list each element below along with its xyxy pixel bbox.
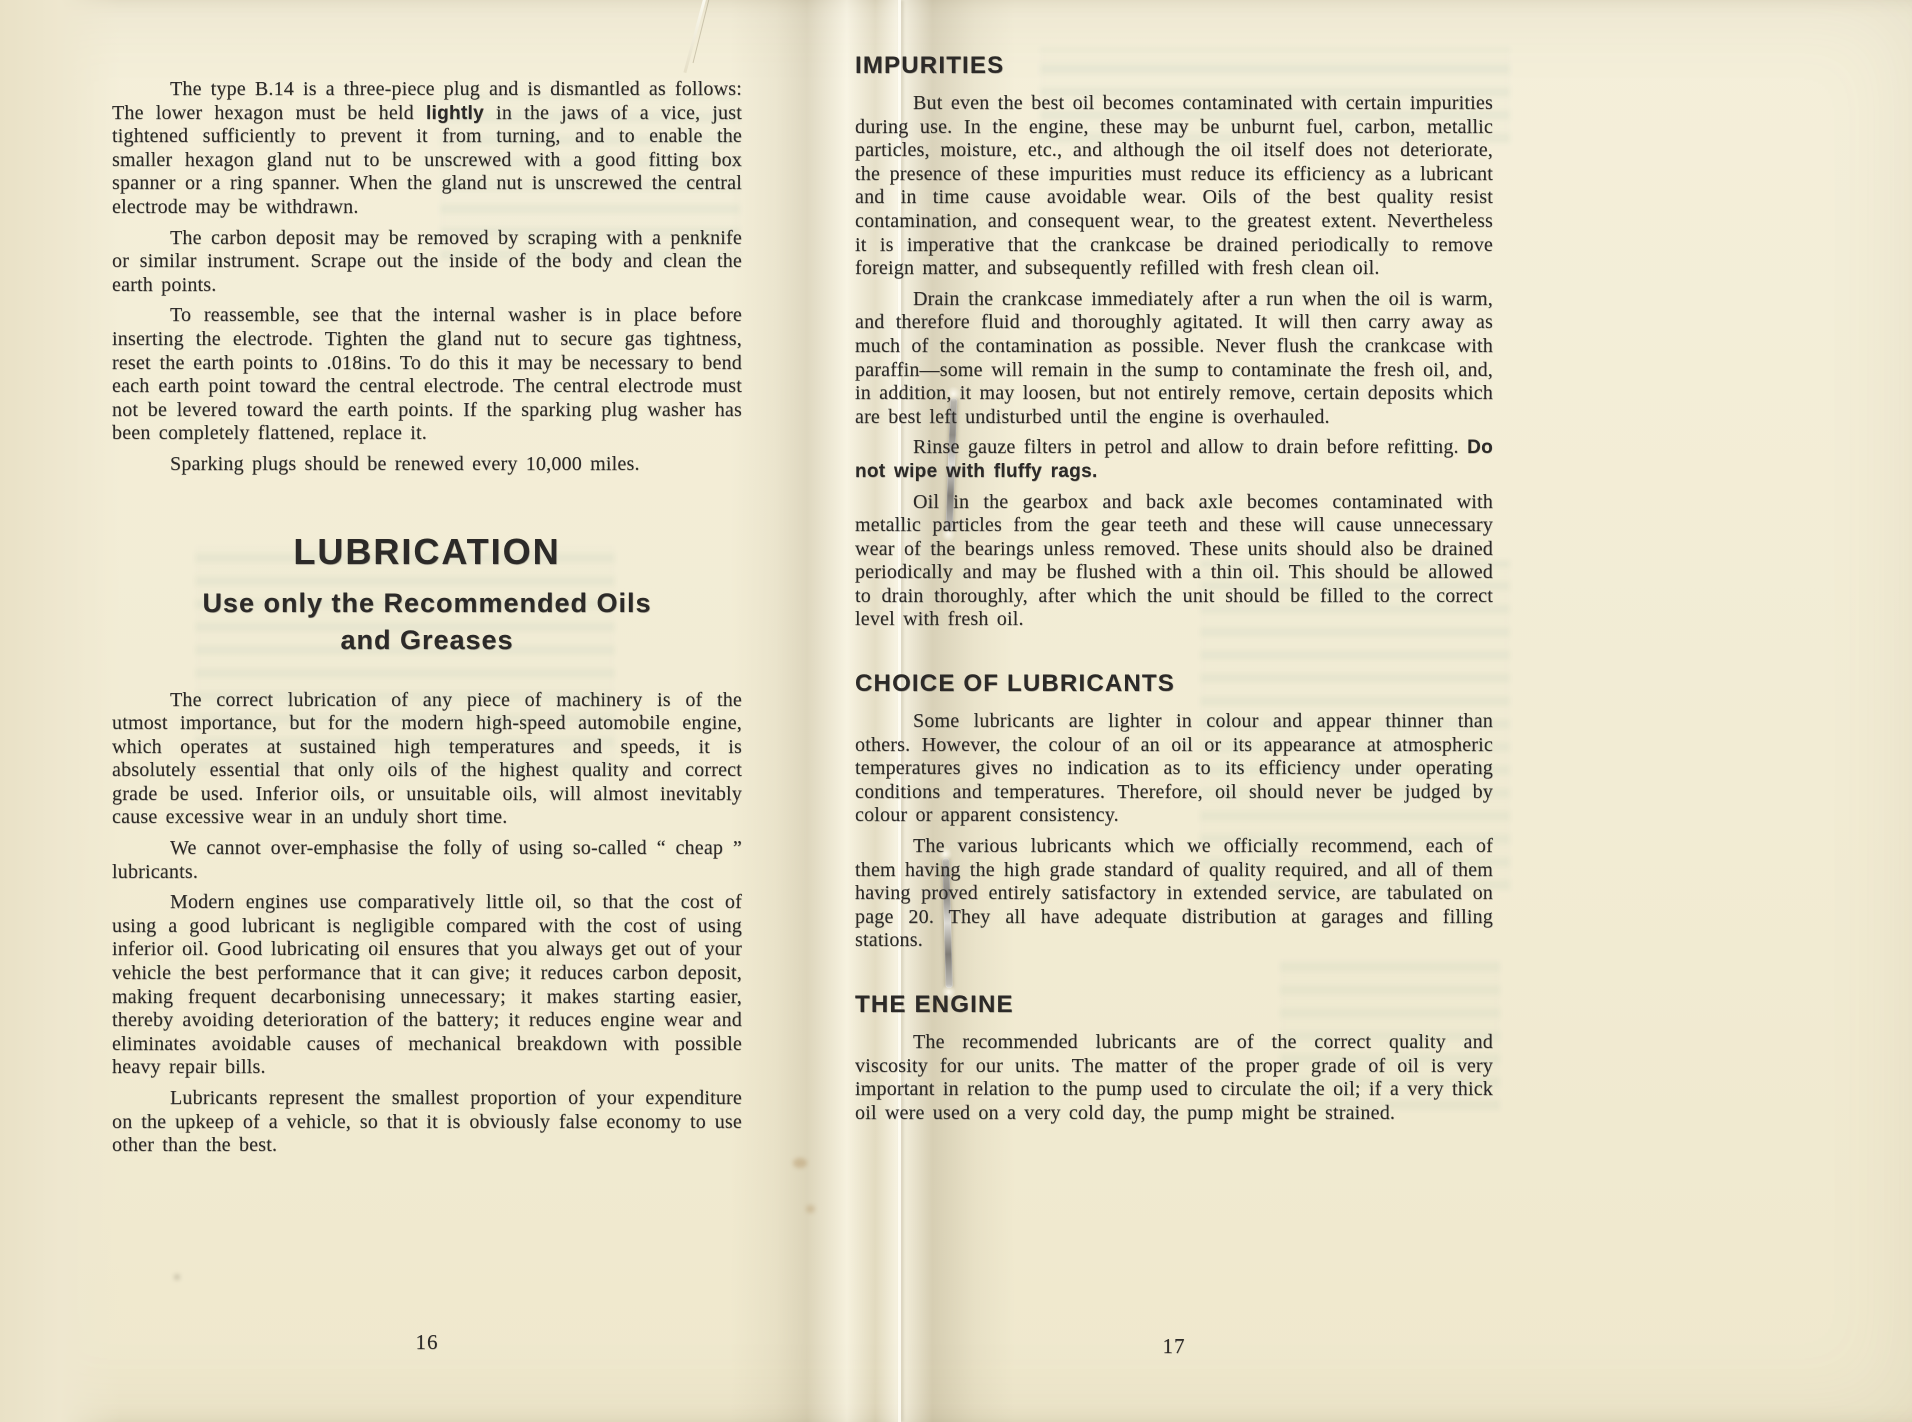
paper-crease-mark [693, 0, 711, 63]
the-engine-section: THE ENGINE The recommended lubricants ar… [855, 991, 1493, 1125]
book-spread-scan: The type B.14 is a three-piece plug and … [0, 0, 1912, 1422]
lubrication-heading: LUBRICATION [112, 531, 742, 573]
text-run: The correct lubrication of any piece of … [112, 689, 742, 829]
right-page: IMPURITIES But even the best oil becomes… [855, 52, 1493, 1402]
text-run: Rinse gauze filters in petrol and allow … [913, 436, 1467, 458]
left-page-lubrication-text: The correct lubrication of any piece of … [112, 689, 742, 1158]
paragraph: The various lubricants which we official… [855, 835, 1493, 953]
paper-crease-mark [683, 0, 707, 73]
paragraph: Modern engines use comparatively little … [112, 891, 742, 1080]
impurities-heading: IMPURITIES [855, 52, 1493, 80]
paragraph: The carbon deposit may be removed by scr… [112, 227, 742, 298]
paragraph: Rinse gauze filters in petrol and allow … [855, 436, 1493, 483]
age-stain [793, 1158, 807, 1168]
the-engine-text: The recommended lubricants are of the co… [855, 1031, 1493, 1125]
choice-of-lubricants-heading: CHOICE OF LUBRICANTS [855, 670, 1493, 698]
text-run: But even the best oil becomes contaminat… [855, 92, 1493, 279]
left-page-top-text: The type B.14 is a three-piece plug and … [112, 78, 742, 477]
paragraph: To reassemble, see that the internal was… [112, 304, 742, 446]
paragraph: Some lubricants are lighter in colour an… [855, 710, 1493, 828]
text-run: Modern engines use comparatively little … [112, 891, 742, 1078]
paragraph: The type B.14 is a three-piece plug and … [112, 78, 742, 220]
text-run: To reassemble, see that the internal was… [112, 304, 742, 444]
lubrication-subheading: Use only the Recommended Oils and Grease… [177, 585, 677, 659]
text-run: The carbon deposit may be removed by scr… [112, 227, 742, 296]
page-number-left: 16 [112, 1330, 742, 1355]
text-run: Lubricants represent the smallest propor… [112, 1087, 742, 1156]
paragraph: The correct lubrication of any piece of … [112, 689, 742, 831]
paragraph: But even the best oil becomes contaminat… [855, 92, 1493, 281]
text-run: Some lubricants are lighter in colour an… [855, 710, 1493, 826]
paragraph: We cannot over-emphasise the folly of us… [112, 837, 742, 884]
text-run: The recommended lubricants are of the co… [855, 1031, 1493, 1124]
impurities-section: IMPURITIES But even the best oil becomes… [855, 52, 1493, 632]
paragraph: Sparking plugs should be renewed every 1… [112, 453, 742, 477]
age-stain [806, 1205, 815, 1213]
left-page: The type B.14 is a three-piece plug and … [112, 78, 742, 1398]
text-run: Oil in the gearbox and back axle becomes… [855, 491, 1493, 631]
text-run: Sparking plugs should be renewed every 1… [170, 453, 640, 475]
page-edge-shadow [0, 0, 120, 1422]
paragraph: The recommended lubricants are of the co… [855, 1031, 1493, 1125]
bold-text: lightly [426, 103, 484, 124]
text-run: Drain the crankcase immediately after a … [855, 288, 1493, 428]
choice-of-lubricants-section: CHOICE OF LUBRICANTS Some lubricants are… [855, 670, 1493, 953]
paragraph: Drain the crankcase immediately after a … [855, 288, 1493, 430]
text-run: We cannot over-emphasise the folly of us… [112, 837, 742, 883]
paragraph: Lubricants represent the smallest propor… [112, 1087, 742, 1158]
impurities-text: But even the best oil becomes contaminat… [855, 92, 1493, 632]
page-number-right: 17 [855, 1334, 1493, 1359]
text-run: The various lubricants which we official… [855, 835, 1493, 951]
the-engine-heading: THE ENGINE [855, 991, 1493, 1019]
paragraph: Oil in the gearbox and back axle becomes… [855, 491, 1493, 633]
choice-of-lubricants-text: Some lubricants are lighter in colour an… [855, 710, 1493, 953]
